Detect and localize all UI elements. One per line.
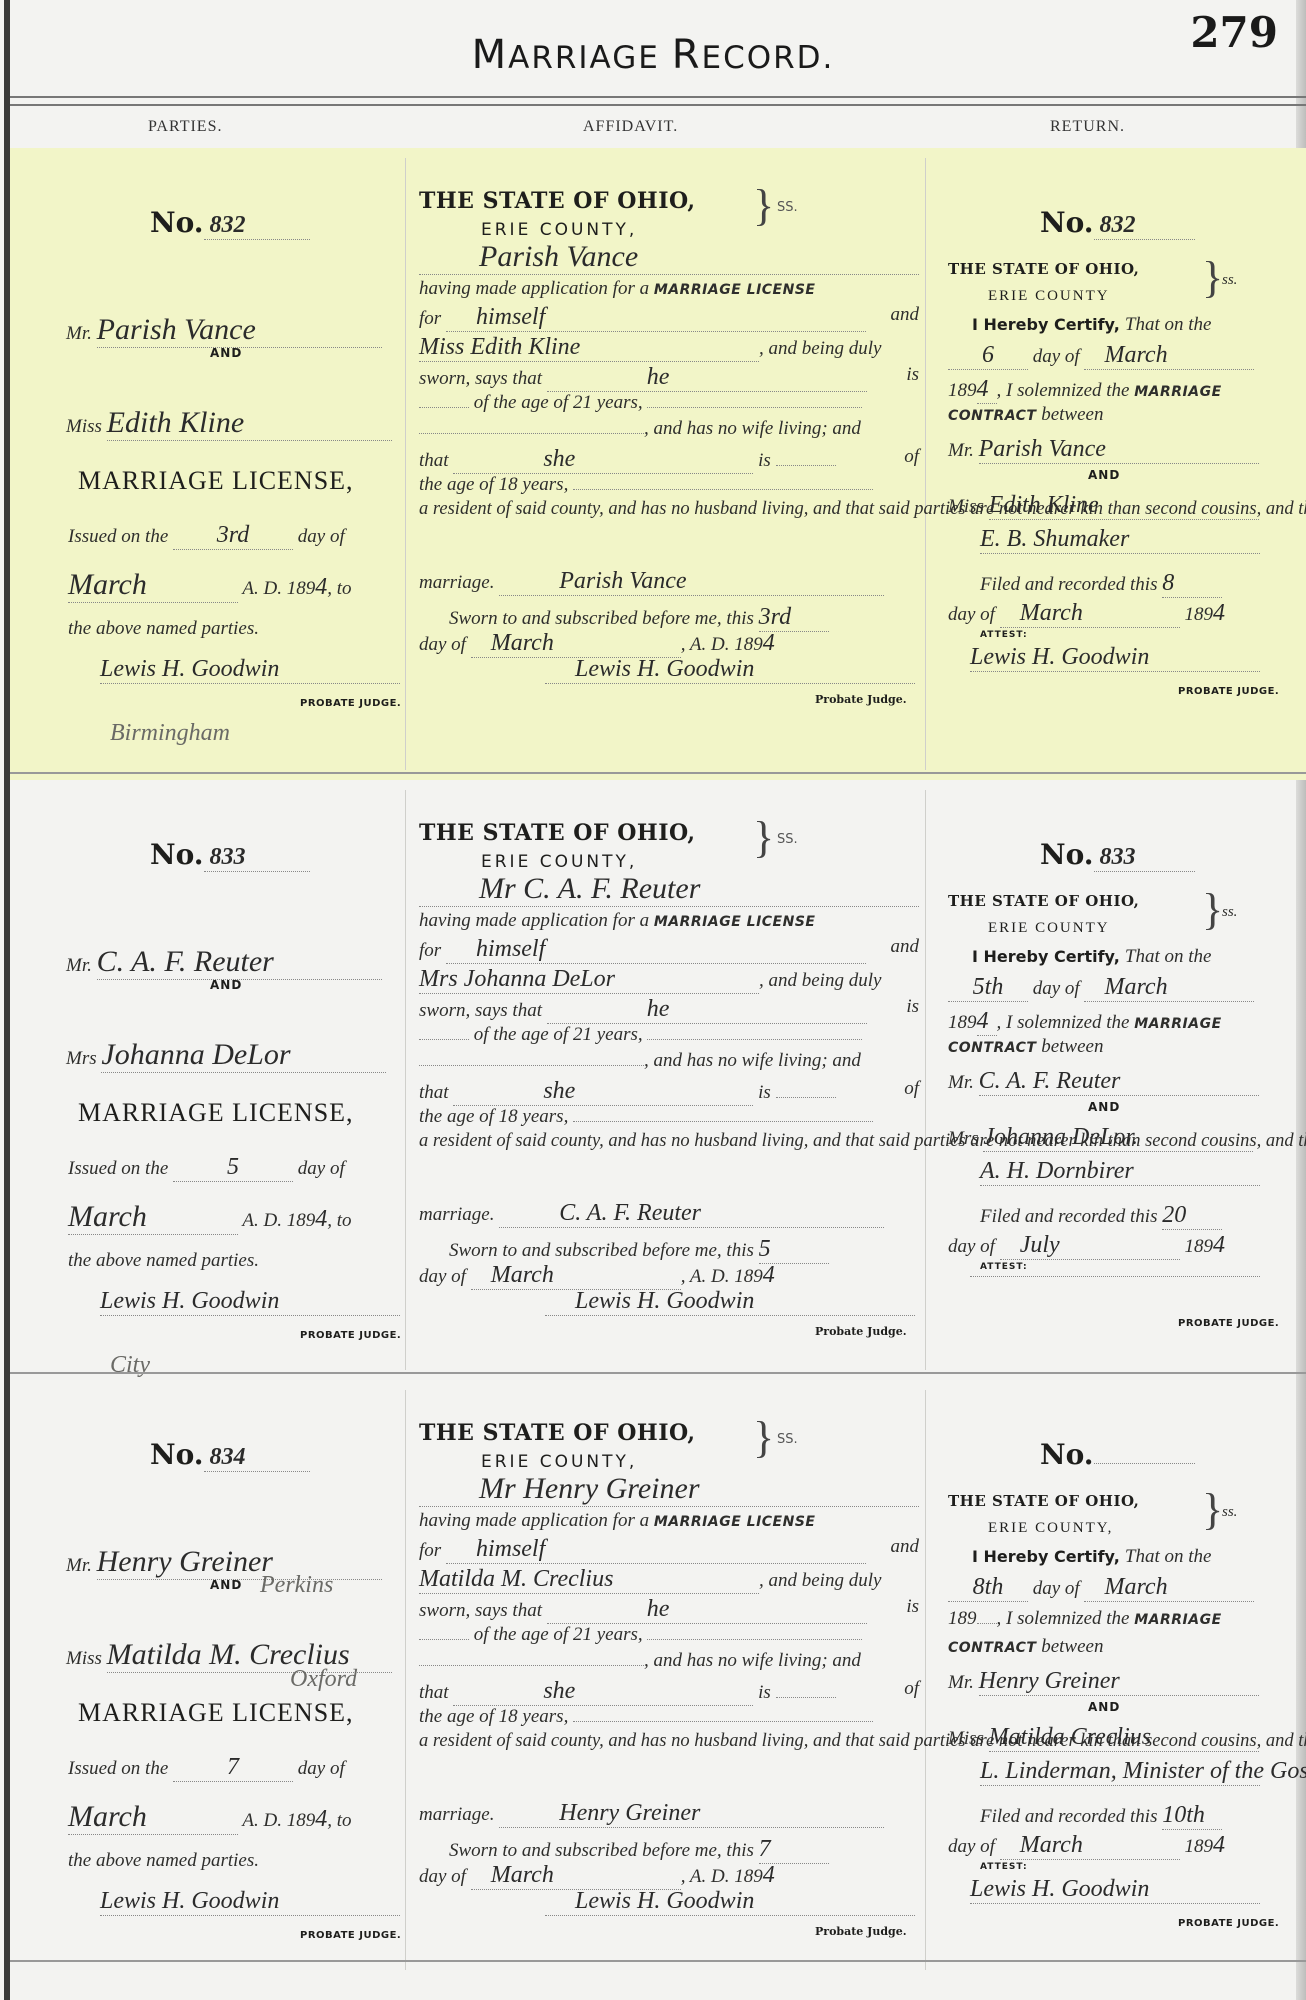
for-whom: himself: [446, 304, 866, 332]
sworn-month: March: [471, 630, 681, 658]
judge-signature: Lewis H. Goodwin: [100, 1288, 400, 1316]
attest-signature: [970, 1276, 1260, 1277]
sworn-year-digit: 4: [763, 630, 775, 656]
return-erie-county: ERIE COUNTY: [988, 920, 1110, 937]
erie-county: ERIE COUNTY,: [481, 852, 637, 872]
above-named: the above named parties.: [68, 618, 259, 640]
with-line: Miss Edith Kline, and being duly: [419, 334, 881, 362]
sworn-month-line: day of March, A. D. 1894: [419, 630, 775, 658]
return-groom-line: Mr. Henry Greiner: [948, 1668, 1259, 1696]
return-bride-name: Johanna DeLor.: [983, 1124, 1253, 1152]
issued-day: 3rd: [173, 522, 293, 550]
having-made-line: having made application for a MARRIAGE L…: [419, 910, 815, 932]
filed-month: March: [1000, 600, 1180, 628]
column-header-affidavit: AFFIDAVIT.: [583, 118, 678, 136]
sworn-year-digit: 4: [763, 1862, 775, 1888]
solemnized-month: March: [1084, 1574, 1254, 1602]
affidavit-judge-signature: Lewis H. Goodwin: [545, 1288, 915, 1316]
officiant-signature: E. B. Shumaker: [980, 526, 1260, 554]
certify-line: I Hereby Certify, That on the: [972, 314, 1211, 336]
record-number: 833: [204, 844, 310, 872]
brace: }: [753, 812, 774, 863]
and-label: AND: [210, 346, 242, 360]
return-bride-name: Matilda Creclius: [989, 1724, 1259, 1752]
filed-month-line: day of July 1894: [948, 1232, 1225, 1260]
for-line: for himself and: [419, 304, 919, 332]
erie-county: ERIE COUNTY,: [481, 220, 637, 240]
pronoun-she: she: [453, 446, 753, 474]
record-number-label: No.832: [150, 206, 310, 240]
solemnized-day: 6: [948, 342, 1028, 370]
issued-line: Issued on the 3rd day of: [68, 522, 345, 550]
record-number-label: No.834: [150, 1438, 310, 1472]
attest-label: ATTEST:: [980, 1862, 1028, 1872]
solemnized-month: March: [1084, 342, 1254, 370]
filed-year-digit: 4: [1213, 1232, 1225, 1258]
contract-line: CONTRACT between: [948, 404, 1103, 426]
judge-signature: Lewis H. Goodwin: [100, 656, 400, 684]
state-of-ohio: THE STATE OF OHIO,: [419, 188, 696, 214]
return-erie-county: ERIE COUNTY: [988, 288, 1110, 305]
applicant-signature: Henry Greiner: [499, 1800, 884, 1828]
and-label: AND: [1088, 1100, 1120, 1114]
return-number-label: No.832: [1040, 206, 1195, 240]
record-separator: [10, 1960, 1306, 1962]
officiant-signature: A. H. Dornbirer: [980, 1158, 1260, 1186]
brace: }: [753, 1412, 774, 1463]
issued-month-line: March A. D. 1894, to: [68, 568, 352, 603]
column-divider: [925, 1390, 926, 1970]
sworn-before-line: Sworn to and subscribed before me, this …: [449, 1836, 829, 1864]
pronoun-he: he: [547, 364, 867, 392]
column-divider: [405, 790, 406, 1370]
officiant-signature: L. Linderman, Minister of the Gospel: [980, 1758, 1260, 1786]
certify-line: I Hereby Certify, That on the: [972, 946, 1211, 968]
ss-label: SS.: [777, 1432, 798, 1447]
solemnized-line: 189, I solemnized the MARRIAGE: [948, 1608, 1222, 1630]
return-erie-county: ERIE COUNTY,: [988, 1520, 1113, 1537]
attest-label: ATTEST:: [980, 1262, 1028, 1272]
and-label: AND: [210, 978, 242, 992]
bride-title: Mrs: [66, 1048, 97, 1069]
solemnized-line: 1894, I solemnized the MARRIAGE: [948, 1008, 1222, 1036]
age-21-line: of the age of 21 years,: [419, 392, 862, 414]
issued-month-line: March A. D. 1894, to: [68, 1800, 352, 1835]
return-groom-line: Mr. Parish Vance: [948, 436, 1259, 464]
return-groom-name: Parish Vance: [979, 436, 1259, 464]
no-wife-line: , and has no wife living; and: [419, 418, 861, 440]
bride-line: Miss Edith Kline: [66, 406, 392, 441]
filed-day: 10th: [1162, 1802, 1222, 1830]
sworn-month: March: [471, 1262, 681, 1290]
return-bride-line: Miss Edith Kline: [948, 492, 1259, 520]
groom-line: Mr. C. A. F. Reuter: [66, 945, 382, 980]
issued-month: March: [68, 1200, 238, 1235]
pronoun-she: she: [453, 1078, 753, 1106]
marriage-record: No.832 Mr. Parish Vance AND Miss Edith K…: [10, 148, 1306, 780]
affidavit-judge-signature: Lewis H. Goodwin: [545, 1888, 915, 1916]
marriage-record: No.834 Mr. Henry Greiner AND Miss Matild…: [10, 1380, 1306, 1980]
return-groom-line: Mr. C. A. F. Reuter: [948, 1068, 1259, 1096]
for-whom: himself: [446, 936, 866, 964]
bride-line: Mrs Johanna DeLor: [66, 1038, 386, 1073]
sworn-month-line: day of March, A. D. 1894: [419, 1862, 775, 1890]
marriage-license-heading: MARRIAGE LICENSE,: [78, 1098, 354, 1128]
page-number: 279: [1190, 8, 1278, 57]
judge-signature: Lewis H. Goodwin: [100, 1888, 400, 1916]
probate-judge-label: PROBATE JUDGE.: [300, 698, 401, 709]
return-bride-title: Miss: [948, 496, 984, 517]
page-title: MARRIAGE RECORD.: [0, 32, 1306, 78]
age-21-line: of the age of 21 years,: [419, 1624, 862, 1646]
column-divider: [925, 790, 926, 1370]
ss-label: SS.: [777, 832, 798, 847]
filed-month: March: [1000, 1832, 1180, 1860]
bride-name-affidavit: Mrs Johanna DeLor: [419, 966, 759, 994]
filed-month: July: [1000, 1232, 1180, 1260]
applicant-name: Parish Vance: [419, 240, 919, 275]
marriage-line: marriage. C. A. F. Reuter: [419, 1200, 884, 1228]
issued-day: 5: [173, 1154, 293, 1182]
return-number: 832: [1094, 212, 1195, 240]
brace: }: [1202, 1484, 1223, 1535]
return-bride-name: Edith Kline: [989, 492, 1259, 520]
ss-label: ss.: [1222, 272, 1237, 289]
ss-label: ss.: [1222, 1504, 1237, 1521]
return-number: [1094, 1463, 1195, 1464]
groom-name: Henry Greiner: [97, 1545, 382, 1580]
record-separator: [10, 772, 1306, 774]
issued-month: March: [68, 1800, 238, 1835]
with-line: Matilda M. Creclius, and being duly: [419, 1566, 881, 1594]
certify-line: I Hereby Certify, That on the: [972, 1546, 1211, 1568]
issued-year-digit: 4: [315, 1806, 327, 1832]
bride-name: Edith Kline: [107, 406, 392, 441]
solemnized-year-digit: 4: [977, 1008, 997, 1036]
that-line: that she is of: [419, 1078, 919, 1106]
column-divider: [925, 158, 926, 770]
probate-judge-label: PROBATE JUDGE.: [300, 1930, 401, 1941]
probate-judge-label: PROBATE JUDGE.: [1178, 1918, 1279, 1929]
marriage-line: marriage. Henry Greiner: [419, 1800, 884, 1828]
record-number: 832: [204, 212, 310, 240]
probate-judge-label: PROBATE JUDGE.: [300, 1330, 401, 1341]
for-whom: himself: [446, 1536, 866, 1564]
solemnized-day-line: 5th day of March: [948, 974, 1254, 1002]
return-state-of-ohio: THE STATE OF OHIO,: [948, 892, 1139, 910]
return-state-of-ohio: THE STATE OF OHIO,: [948, 260, 1139, 278]
groom-line: Mr. Henry Greiner: [66, 1545, 382, 1580]
column-divider: [405, 158, 406, 770]
groom-name: C. A. F. Reuter: [97, 945, 382, 980]
groom-line: Mr. Parish Vance: [66, 313, 382, 348]
that-line: that she is of: [419, 1678, 919, 1706]
above-named: the above named parties.: [68, 1250, 259, 1272]
solemnized-day: 5th: [948, 974, 1028, 1002]
solemnized-line: 1894, I solemnized the MARRIAGE: [948, 376, 1222, 404]
issued-month-line: March A. D. 1894, to: [68, 1200, 352, 1235]
return-bride-line: Miss Matilda Creclius: [948, 1724, 1259, 1752]
pronoun-she: she: [453, 1678, 753, 1706]
probate-judge-label: PROBATE JUDGE.: [1178, 686, 1279, 697]
solemnized-year-digit: 4: [977, 376, 997, 404]
return-groom-name: Henry Greiner: [979, 1668, 1259, 1696]
sworn-line: sworn, says that he is: [419, 1596, 919, 1624]
filed-day: 8: [1162, 570, 1222, 598]
solemnized-day-line: 6 day of March: [948, 342, 1254, 370]
pronoun-he: he: [547, 996, 867, 1024]
erie-county: ERIE COUNTY,: [481, 1452, 637, 1472]
attest-signature: Lewis H. Goodwin: [970, 1876, 1260, 1904]
sworn-before-line: Sworn to and subscribed before me, this …: [449, 1236, 829, 1264]
groom-residence-note: Perkins: [260, 1572, 333, 1599]
probate-judge-label: Probate Judge.: [815, 1325, 907, 1338]
probate-judge-label: Probate Judge.: [815, 693, 907, 706]
return-bride-title: Miss: [948, 1728, 984, 1749]
attest-signature: Lewis H. Goodwin: [970, 644, 1260, 672]
return-bride-title: Mrs: [948, 1128, 979, 1149]
applicant-signature: C. A. F. Reuter: [499, 1200, 884, 1228]
filed-line: Filed and recorded this 10th: [980, 1802, 1222, 1830]
solemnized-year-digit: [977, 1623, 997, 1624]
filed-month-line: day of March 1894: [948, 600, 1225, 628]
filed-line: Filed and recorded this 8: [980, 570, 1222, 598]
probate-judge-label: Probate Judge.: [815, 1925, 907, 1938]
marriage-line: marriage. Parish Vance: [419, 568, 884, 596]
issued-year-digit: 4: [315, 574, 327, 600]
applicant-name: Mr C. A. F. Reuter: [419, 872, 919, 907]
no-wife-line: , and has no wife living; and: [419, 1050, 861, 1072]
bride-title: Miss: [66, 416, 102, 437]
sworn-line: sworn, says that he is: [419, 996, 919, 1024]
filed-year-digit: 4: [1213, 600, 1225, 626]
return-bride-line: Mrs Johanna DeLor.: [948, 1124, 1253, 1152]
record-number-label: No.833: [150, 838, 310, 872]
sworn-year-digit: 4: [763, 1262, 775, 1288]
brace: }: [1202, 252, 1223, 303]
solemnized-day: 8th: [948, 1574, 1028, 1602]
bride-name-affidavit: Matilda M. Creclius: [419, 1566, 759, 1594]
sworn-before-line: Sworn to and subscribed before me, this …: [449, 604, 829, 632]
age-18-line: the age of 18 years,: [419, 1106, 873, 1128]
issued-line: Issued on the 7 day of: [68, 1754, 345, 1782]
return-number-label: No.833: [1040, 838, 1195, 872]
brace: }: [1202, 884, 1223, 935]
with-line: Mrs Johanna DeLor, and being duly: [419, 966, 881, 994]
sworn-line: sworn, says that he is: [419, 364, 919, 392]
attest-label: ATTEST:: [980, 630, 1028, 640]
and-label: AND: [210, 1578, 242, 1592]
having-made-line: having made application for a MARRIAGE L…: [419, 278, 815, 300]
header-rule: [10, 96, 1306, 98]
return-groom-name: C. A. F. Reuter: [979, 1068, 1259, 1096]
affidavit-body: a resident of said county, and has no hu…: [419, 1130, 919, 1153]
sworn-day: 7: [759, 1836, 829, 1864]
having-made-line: having made application for a MARRIAGE L…: [419, 1510, 815, 1532]
age-21-line: of the age of 21 years,: [419, 1024, 862, 1046]
marriage-record: No.833 Mr. C. A. F. Reuter AND Mrs Johan…: [10, 780, 1306, 1380]
brace: }: [753, 180, 774, 231]
filed-day: 20: [1162, 1202, 1222, 1230]
issued-month: March: [68, 568, 238, 603]
issued-year-digit: 4: [315, 1206, 327, 1232]
record-separator: [10, 1372, 1306, 1374]
issued-line: Issued on the 5 day of: [68, 1154, 345, 1182]
that-line: that she is of: [419, 446, 919, 474]
sworn-month: March: [471, 1862, 681, 1890]
column-divider: [405, 1390, 406, 1970]
and-label: AND: [1088, 1700, 1120, 1714]
and-label: AND: [1088, 468, 1120, 482]
above-named: the above named parties.: [68, 1850, 259, 1872]
issued-day: 7: [173, 1754, 293, 1782]
bride-name-affidavit: Miss Edith Kline: [419, 334, 759, 362]
contract-line: CONTRACT between: [948, 1636, 1103, 1658]
for-line: for himself and: [419, 1536, 919, 1564]
affidavit-body: a resident of said county, and has no hu…: [419, 498, 919, 521]
sworn-month-line: day of March, A. D. 1894: [419, 1262, 775, 1290]
sworn-day: 3rd: [759, 604, 829, 632]
ledger-page: MARRIAGE RECORD. 279 PARTIES. AFFIDAVIT.…: [0, 0, 1306, 2000]
ss-label: ss.: [1222, 904, 1237, 921]
filed-month-line: day of March 1894: [948, 1832, 1225, 1860]
probate-judge-label: PROBATE JUDGE.: [1178, 1318, 1279, 1329]
solemnized-month: March: [1084, 974, 1254, 1002]
residence-note: City: [110, 1352, 150, 1379]
return-state-of-ohio: THE STATE OF OHIO,: [948, 1492, 1139, 1510]
applicant-name: Mr Henry Greiner: [419, 1472, 919, 1507]
marriage-license-heading: MARRIAGE LICENSE,: [78, 466, 354, 496]
applicant-signature: Parish Vance: [499, 568, 884, 596]
state-of-ohio: THE STATE OF OHIO,: [419, 1420, 696, 1446]
bride-title: Miss: [66, 1648, 102, 1669]
column-header-return: RETURN.: [1050, 118, 1125, 136]
column-header-parties: PARTIES.: [148, 118, 222, 136]
age-18-line: the age of 18 years,: [419, 474, 873, 496]
record-number: 834: [204, 1444, 310, 1472]
groom-name: Parish Vance: [97, 313, 382, 348]
marriage-license-heading: MARRIAGE LICENSE,: [78, 1698, 354, 1728]
residence-note: Birmingham: [110, 720, 230, 747]
ss-label: SS.: [777, 200, 798, 215]
for-line: for himself and: [419, 936, 919, 964]
sworn-day: 5: [759, 1236, 829, 1264]
contract-line: CONTRACT between: [948, 1036, 1103, 1058]
solemnized-day-line: 8th day of March: [948, 1574, 1254, 1602]
age-18-line: the age of 18 years,: [419, 1706, 873, 1728]
pronoun-he: he: [547, 1596, 867, 1624]
filed-line: Filed and recorded this 20: [980, 1202, 1222, 1230]
return-number: 833: [1094, 844, 1195, 872]
bride-residence-note: Oxford: [290, 1666, 357, 1693]
affidavit-body: a resident of said county, and has no hu…: [419, 1730, 919, 1753]
filed-year-digit: 4: [1213, 1832, 1225, 1858]
header-rule: [10, 104, 1306, 106]
state-of-ohio: THE STATE OF OHIO,: [419, 820, 696, 846]
bride-name: Johanna DeLor: [101, 1038, 386, 1073]
no-wife-line: , and has no wife living; and: [419, 1650, 861, 1672]
affidavit-judge-signature: Lewis H. Goodwin: [545, 656, 915, 684]
return-number-label: No.: [1040, 1438, 1195, 1471]
